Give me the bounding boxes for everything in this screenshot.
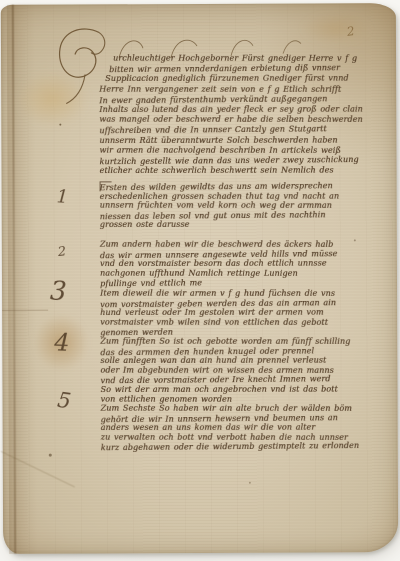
article-section-5: Zum Sechste So haben wir ain alte bruch … [101,403,397,452]
margin-number-3: 3 [49,276,67,307]
manuscript-page: 2 urchleuchtiger Hochgeborner Fürst gned… [1,3,398,554]
manuscript-line: Zum Sechste So haben wir ain alte bruch … [101,404,397,414]
manuscript-line: hund verleust oder Im gestolen wirt der … [100,308,396,318]
margin-number-1: 1 [56,186,69,208]
article-section-2: Zum andern haben wir die beschwerd des ä… [100,239,396,288]
intro-paragraph: urchleuchtiger Hochgeborner Fürst gnedig… [99,53,396,177]
manuscript-line: vnd den vorstmaister besorn das doch ett… [100,259,396,269]
manuscript-line: Zum andern haben wir die beschwerd des ä… [100,240,396,250]
manuscript-line: etlicher achte schwerlich beschwertt sei… [100,166,396,177]
manuscript-line: anders wesen an uns komen das wir die vo… [101,423,397,433]
manuscript-line: solle anlegen wan dan ain hund ain prenn… [100,356,396,366]
manuscript-line: Inhalts also lutend das ain yeder fleck … [99,105,395,116]
manuscript-line: unnserm Rätt überanntwurte Solch beschwe… [99,135,395,146]
manuscript-text: 2 urchleuchtiger Hochgeborner Fürst gned… [1,3,398,554]
manuscript-line: Supplicacion gnediglich fürzunemen Gnedi… [105,74,395,85]
margin-number-2: 2 [57,244,67,260]
margin-number-4: 4 [54,328,70,356]
manuscript-line: kurz abgehawen oder die widerumb gestimp… [101,441,397,453]
article-section-1: Ersten des wilden gewildts das uns am wi… [100,181,396,230]
manuscript-line: So wirt der arm man och angebrochen vnd … [100,384,396,394]
article-section-4: Zum fünfften So ist och gebotte worden a… [100,336,396,404]
manuscript-line: Zum fünfften So ist och gebotte worden a… [100,337,396,347]
manuscript-line: Item dieweil die wir armen v f g hund fü… [100,289,396,299]
photograph-background: 2 urchleuchtiger Hochgeborner Fürst gned… [0,0,400,561]
manuscript-line: grossen oste darusse [100,220,396,230]
article-section-3: Item dieweil die wir armen v f g hund fü… [100,288,396,337]
margin-number-5: 5 [56,388,72,414]
folio-number: 2 [346,25,355,38]
